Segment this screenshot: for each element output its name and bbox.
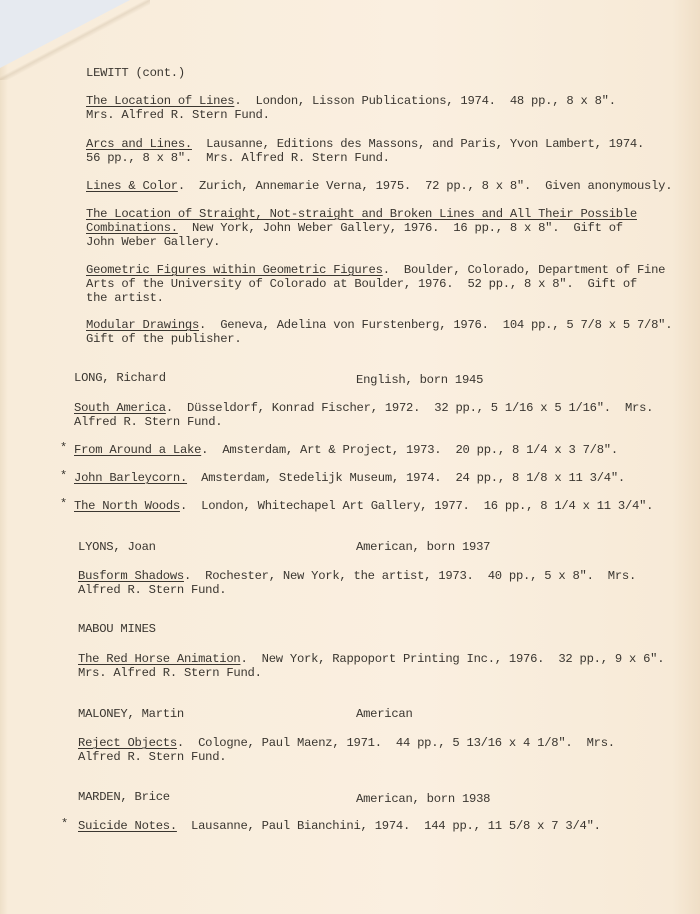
bib-entry-line: The Location of Lines. London, Lisson Pu… [86, 94, 616, 109]
bib-entry-line: Gift of the publisher. [86, 332, 241, 347]
bib-entry-line: From Around a Lake. Amsterdam, Art & Pro… [74, 443, 618, 458]
asterisk-marker: * [60, 497, 67, 512]
artist-nationality: English, born 1945 [356, 373, 483, 388]
book-title: Suicide Notes. [78, 819, 177, 833]
book-title: Lines & Color [86, 179, 178, 193]
bib-entry-line: Mrs. Alfred R. Stern Fund. [78, 666, 262, 681]
bib-entry-line: South America. Düsseldorf, Konrad Fische… [74, 401, 653, 416]
artist-name: MABOU MINES [78, 622, 156, 637]
bib-entry-line: The North Woods. London, Whitechapel Art… [74, 499, 653, 514]
book-title: The Red Horse Animation [78, 652, 240, 666]
book-title: Combinations. [86, 221, 178, 235]
asterisk-marker: * [60, 469, 67, 484]
bib-entry-line: The Location of Straight, Not-straight a… [86, 207, 637, 222]
artist-name: MARDEN, Brice [78, 790, 170, 805]
artist-name: LYONS, Joan [78, 540, 156, 555]
artist-nationality: American [356, 707, 413, 722]
bib-entry-line: Arcs and Lines. Lausanne, Editions des M… [86, 137, 644, 152]
bib-entry-line: John Barleycorn. Amsterdam, Stedelijk Mu… [74, 471, 625, 486]
book-title: South America [74, 401, 166, 415]
bib-entry-line: Reject Objects. Cologne, Paul Maenz, 197… [78, 736, 615, 751]
book-title: Arcs and Lines. [86, 137, 192, 151]
bib-entry-line: Combinations. New York, John Weber Galle… [86, 221, 623, 236]
bib-entry-line: Arts of the University of Colorado at Bo… [86, 277, 637, 292]
artist-name: MALONEY, Martin [78, 707, 184, 722]
book-title: Reject Objects [78, 736, 177, 750]
bib-entry-line: The Red Horse Animation. New York, Rappo… [78, 652, 664, 667]
book-title: Modular Drawings [86, 318, 199, 332]
document-page: LEWITT (cont.) The Location of Lines. Lo… [0, 0, 700, 914]
artist-name: LONG, Richard [74, 371, 166, 386]
artist-nationality: American, born 1938 [356, 792, 490, 807]
bib-entry-line: Modular Drawings. Geneva, Adelina von Fu… [86, 318, 672, 333]
bib-entry-line: Alfred R. Stern Fund. [78, 750, 226, 765]
bib-entry-line: Alfred R. Stern Fund. [74, 415, 222, 430]
asterisk-marker: * [60, 441, 67, 456]
book-title: Geometric Figures within Geometric Figur… [86, 263, 383, 277]
bib-entry-line: Suicide Notes. Lausanne, Paul Bianchini,… [78, 819, 601, 834]
book-title: The Location of Straight, Not-straight a… [86, 207, 637, 221]
bib-entry-line: Geometric Figures within Geometric Figur… [86, 263, 665, 278]
book-title: John Barleycorn. [74, 471, 187, 485]
bib-entry-line: Alfred R. Stern Fund. [78, 583, 226, 598]
book-title: The North Woods [74, 499, 180, 513]
bib-entry-line: 56 pp., 8 x 8". Mrs. Alfred R. Stern Fun… [86, 151, 390, 166]
book-title: Busform Shadows [78, 569, 184, 583]
asterisk-marker: * [61, 817, 68, 832]
artist-nationality: American, born 1937 [356, 540, 490, 555]
running-head: LEWITT (cont.) [86, 66, 185, 81]
bib-entry-line: Lines & Color. Zurich, Annemarie Verna, … [86, 179, 672, 194]
bib-entry-line: Busform Shadows. Rochester, New York, th… [78, 569, 636, 584]
book-title: The Location of Lines [86, 94, 234, 108]
book-title: From Around a Lake [74, 443, 201, 457]
bib-entry-line: John Weber Gallery. [86, 235, 220, 250]
bib-entry-line: Mrs. Alfred R. Stern Fund. [86, 108, 270, 123]
bib-entry-line: the artist. [86, 291, 164, 306]
